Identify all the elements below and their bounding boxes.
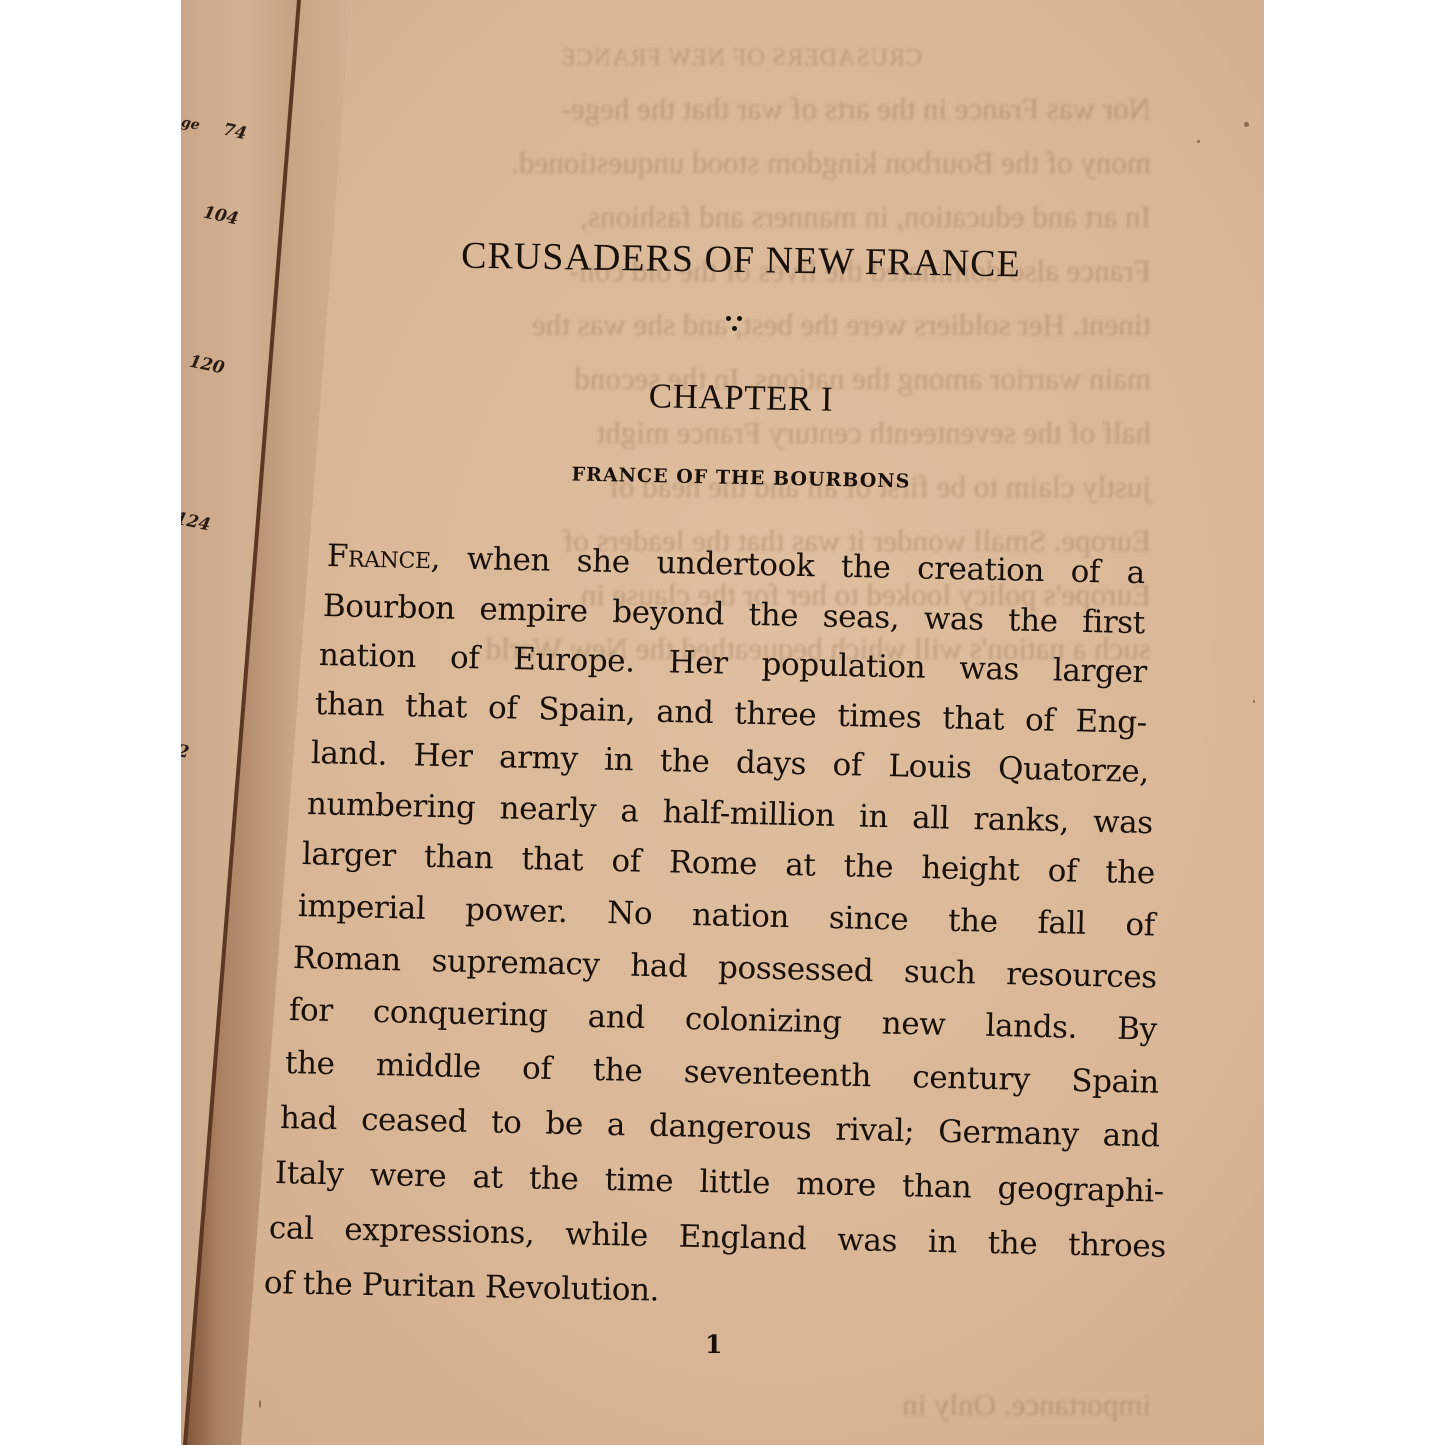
paragraph-line: nation of Europe. Her population was lar…	[319, 637, 1148, 690]
paragraph-lead-word: France,	[327, 538, 441, 576]
ornament-dots-icon	[726, 316, 750, 336]
paragraph-line: land. Her army in the days of Louis Quat…	[311, 735, 1150, 790]
paragraph-line: numbering nearly a half-million in all r…	[307, 786, 1154, 841]
book-photo: ge 74 104 120 124 2 CRUSADERS OF NEW FRA…	[181, 0, 1264, 1445]
chapter-title: CHAPTER I	[561, 375, 922, 422]
paragraph-line: for conquering and colonizing new lands.…	[289, 992, 1158, 1048]
page-number: 1	[705, 1330, 722, 1359]
paragraph-line: of the Puritan Revolution.	[264, 1265, 765, 1311]
paragraph-line: than that of Spain, and three times that…	[315, 686, 1148, 741]
paragraph-line: France, when she undertook the creation …	[327, 538, 1146, 591]
paragraph-line: Bourbon empire beyond the seas, was the …	[323, 588, 1146, 641]
paragraph-line: larger than that of Rome at the height o…	[302, 836, 1156, 891]
paragraph-line: Roman supremacy had possessed such resou…	[293, 940, 1158, 996]
book-title: CRUSADERS OF NEW FRANCE	[421, 233, 1062, 287]
page-content: CRUSADERS OF NEW FRANCE CHAPTER I FRANCE…	[181, 0, 1264, 1445]
paragraph-line: cal expressions, while England was in th…	[269, 1210, 1167, 1265]
paragraph-line: imperial power. No nation since the fall…	[298, 888, 1156, 943]
paragraph-line: Italy were at the time little more than …	[275, 1155, 1165, 1210]
section-title: FRANCE OF THE BOURBONS	[511, 462, 971, 494]
paragraph-line: the middle of the seventeenth century Sp…	[285, 1045, 1160, 1101]
paragraph-line: had ceased to be a dangerous rival; Germ…	[280, 1100, 1161, 1154]
